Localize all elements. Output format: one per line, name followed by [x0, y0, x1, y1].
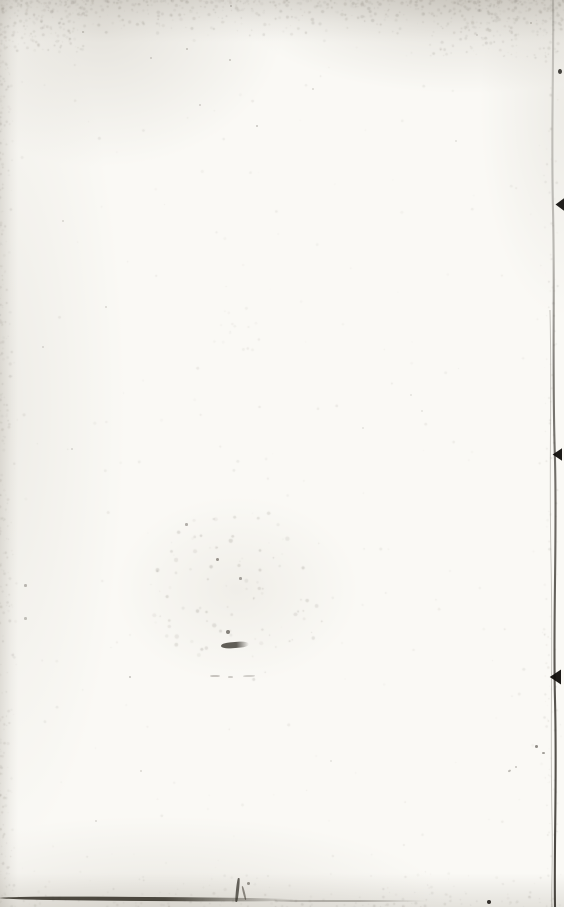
stain-smudge: [221, 641, 249, 649]
page-speck: [476, 34, 478, 36]
pen-mark: [241, 886, 246, 900]
bottom-smudge-line: [0, 896, 300, 902]
marks-layer: [0, 0, 564, 907]
page-speck: [105, 306, 107, 308]
page-speck: [24, 617, 27, 620]
edge-ink-blob: [549, 668, 561, 686]
paper-mottling: [0, 0, 564, 907]
stain-dot: [226, 630, 230, 634]
ink-dot: [558, 69, 562, 74]
page-edge-line: [0, 0, 564, 907]
page-speck: [95, 820, 97, 822]
edge-speck: [535, 745, 538, 748]
pen-mark: [235, 878, 240, 902]
bottom-edge-shade: [0, 873, 564, 907]
page-speck: [508, 770, 511, 773]
page-speck: [199, 104, 201, 106]
stain-dot: [216, 558, 219, 561]
left-edge-shade: [0, 0, 18, 907]
edge-speck: [542, 752, 545, 754]
page-speck: [229, 59, 231, 61]
page-edge-curve-secondary: [550, 310, 552, 907]
edge-ink-blob: [555, 197, 564, 212]
page-speck: [421, 410, 423, 412]
scanned-page: [0, 0, 564, 907]
top-edge-grain: [0, 0, 564, 42]
page-speck: [455, 140, 457, 142]
ink-dot: [487, 900, 491, 904]
stain-dash: [243, 675, 255, 677]
page-speck: [530, 22, 532, 24]
stain-dot: [239, 577, 242, 580]
page-speck: [150, 57, 152, 59]
page-edge-curve-main: [552, 0, 555, 907]
page-speck: [129, 676, 131, 678]
page-speck: [140, 770, 142, 772]
edge-ink-blob: [552, 447, 562, 462]
page-speck: [71, 448, 73, 450]
page-speck: [230, 5, 232, 7]
page-speck: [62, 220, 64, 222]
page-speck: [256, 125, 258, 127]
stain-dash: [210, 675, 220, 677]
bottom-smudge-line: [275, 900, 430, 902]
page-speck: [312, 88, 314, 90]
page-speck: [82, 31, 84, 33]
paper-grain-texture: [0, 0, 564, 907]
page-speck: [24, 584, 27, 587]
page-speck: [42, 346, 44, 348]
stain-dash: [228, 676, 233, 678]
page-speck: [362, 427, 364, 429]
page-speck: [330, 760, 332, 762]
page-speck: [410, 394, 412, 396]
stain-dot: [185, 523, 188, 526]
page-speck: [515, 766, 517, 768]
page-speck: [186, 48, 188, 50]
pen-mark: [247, 882, 250, 885]
